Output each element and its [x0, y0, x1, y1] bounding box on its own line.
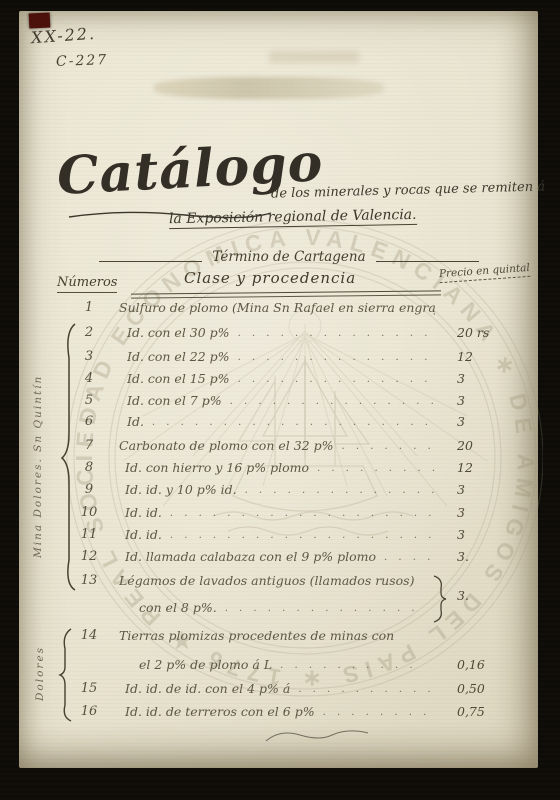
row-price: 3.	[457, 549, 527, 564]
dot-leader	[245, 485, 435, 496]
row-description: Id. id. de terreros con el 6 p%	[125, 704, 435, 719]
row-price: 20 rs	[457, 325, 527, 340]
archive-code-bottom: C-227	[56, 52, 109, 70]
faded-stamp-stain	[154, 77, 384, 99]
row-description: Id. id. de id. con el 4 p% á	[125, 681, 435, 696]
paper-stain	[269, 51, 359, 63]
dot-leader	[298, 684, 435, 695]
row-description-line2: con el 8 p%.	[139, 600, 415, 615]
row-number: 1	[69, 300, 109, 315]
dot-leader	[152, 417, 435, 428]
dot-leader	[225, 603, 415, 614]
row-price: 3	[457, 414, 527, 429]
margin-brace-lower	[58, 627, 74, 725]
dot-leader	[280, 660, 415, 671]
row-price: 3	[457, 527, 527, 542]
left-rule	[99, 253, 202, 262]
row-price: 0,75	[457, 704, 527, 719]
manuscript-page: VALENCIANA ∗ DE AMIGOS DEL PAIS ∗ 1776 ★…	[19, 11, 538, 768]
row-price: 12	[457, 460, 527, 475]
dot-leader	[238, 352, 435, 363]
row-description: Tierras plomizas procedentes de minas co…	[119, 628, 435, 643]
row-price: 12	[457, 349, 527, 364]
dot-leader	[238, 328, 435, 339]
row-description: Id. id.	[125, 527, 435, 542]
margin-label-mine-upper: Mina Dolores. Sn Quintín	[32, 356, 44, 576]
row13-right-brace	[432, 574, 448, 624]
column-header-clase: Clase y procedencia	[184, 269, 356, 287]
dot-leader	[170, 508, 435, 519]
section-heading: Término de Cartagena	[99, 249, 479, 265]
dot-leader	[384, 552, 435, 563]
dot-leader	[238, 374, 435, 385]
section-title: Término de Cartagena	[202, 249, 375, 265]
row-description-line2: el 2 p% de plomo á L	[139, 657, 415, 672]
row-number: 16	[69, 704, 109, 719]
row-price: 3	[457, 482, 527, 497]
row-number: 14	[69, 628, 109, 643]
dot-leader	[341, 441, 435, 452]
row-description: Id. llamada calabaza con el 9 p% plomo	[125, 549, 435, 564]
dot-leader	[323, 707, 435, 718]
row-description: Id. id. y 10 p% id.	[125, 482, 435, 497]
row-description: Id. con el 30 p%	[127, 325, 435, 340]
row-description: Sulfuro de plomo (Mina Sn Rafael en sier…	[119, 300, 435, 315]
row-price: 20	[457, 438, 527, 453]
row-price: 3	[457, 505, 527, 520]
row-description: Id. con el 7 p%	[127, 393, 435, 408]
row-price: 3	[457, 393, 527, 408]
column-header-numbers: Números	[57, 275, 117, 293]
archive-code-top: XX-22.	[30, 24, 96, 47]
dot-leader	[230, 396, 435, 407]
dot-leader	[317, 463, 435, 474]
dot-leader	[170, 530, 435, 541]
row-number: 15	[69, 681, 109, 696]
right-rule	[376, 253, 479, 262]
row-description: Id.	[127, 414, 435, 429]
row-description: Id. con el 22 p%	[127, 349, 435, 364]
row-description: Carbonato de plomo con el 32 p%	[119, 438, 435, 453]
row-price: 0,50	[457, 681, 527, 696]
row-price: 0,16	[457, 657, 527, 672]
row-description: Id. con hierro y 16 p% plomo	[125, 460, 435, 475]
closing-flourish	[262, 725, 372, 751]
margin-label-mine-lower: Dolores	[34, 626, 46, 721]
row-price: 3	[457, 371, 527, 386]
row-description: Légamos de lavados antiguos (llamados ru…	[119, 573, 435, 588]
row-price: 3.	[457, 588, 527, 603]
row-description: Id. id.	[125, 505, 435, 520]
margin-brace-upper	[60, 322, 78, 594]
row-description: Id. con el 15 p%	[127, 371, 435, 386]
